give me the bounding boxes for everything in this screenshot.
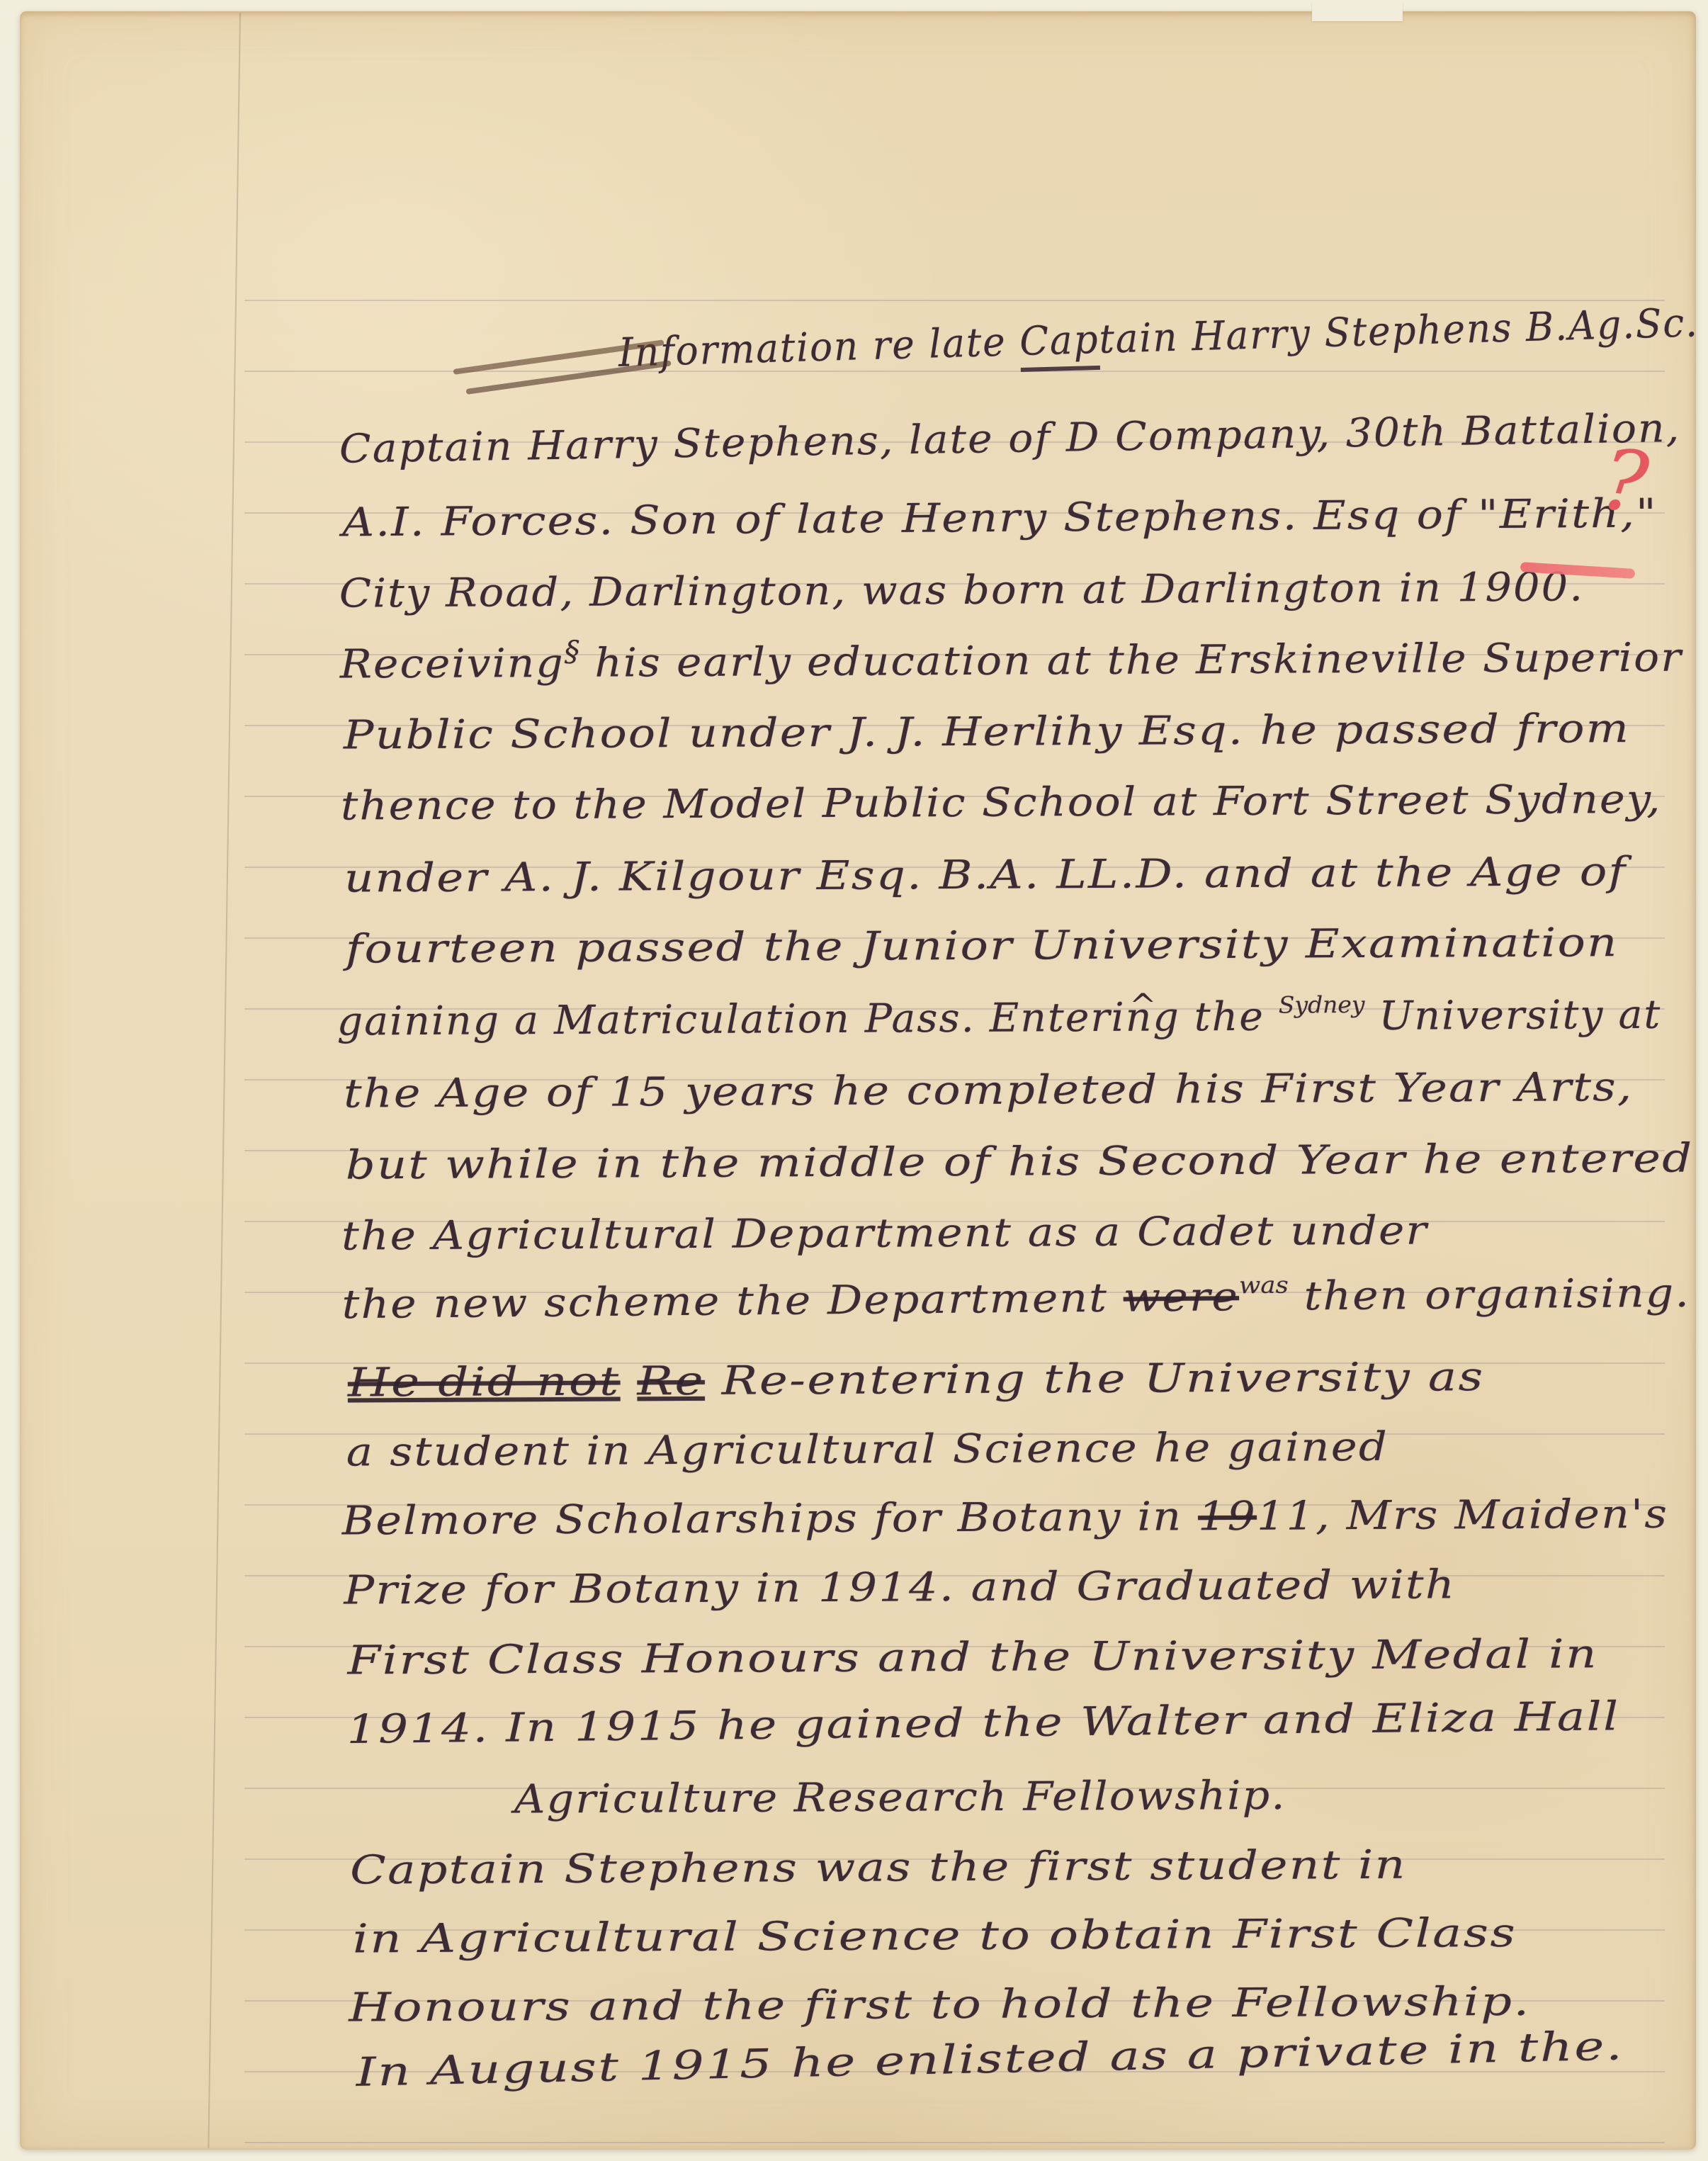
scanned-manuscript-page: Information re late Captain Harry Stephe… [0, 0, 1708, 2161]
title-underlined-word: Cap [1019, 317, 1099, 372]
title-post: tain Harry Stephens B.Ag.Sc. [1099, 300, 1699, 363]
inserted-word-sydney: Sydney [1279, 991, 1365, 1019]
manuscript-line: In August 1915 he enlisted as a private … [283, 1975, 1625, 2145]
paper-tab-edge [1312, 1, 1403, 21]
inserted-word-was: was [1239, 1271, 1289, 1299]
line-text: In August 1915 he enlisted as a private … [356, 2024, 1624, 2096]
